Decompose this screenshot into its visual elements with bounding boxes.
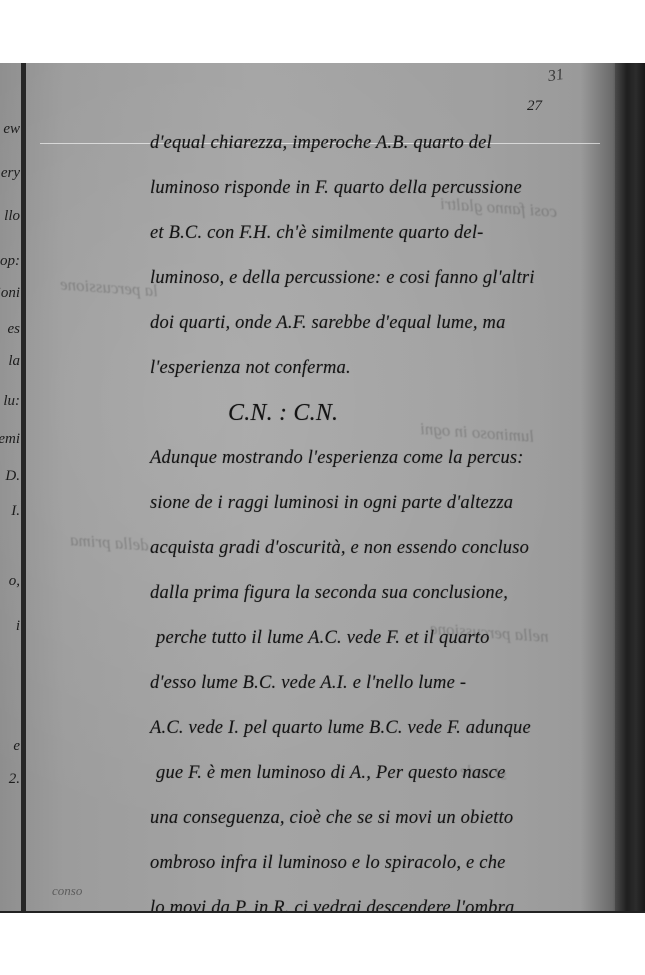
margin-fragment: lu: [3,393,20,410]
folio-number: 31 [547,66,565,86]
margin-fragment: ery [1,165,20,182]
text-line: una conseguenza, cioè che se si movi un … [150,796,605,841]
margin-fragment: e [13,738,20,755]
text-line: A.C. vede I. pel quarto lume B.C. vede F… [150,706,605,751]
margin-fragment: es [8,321,21,338]
margin-fragment: D. [5,468,20,485]
margin-fragment: la [8,353,20,370]
text-line: et B.C. con F.H. ch'è similmente quarto … [150,211,605,256]
text-line: ombroso infra il luminoso e lo spiracolo… [150,841,605,886]
text-line: Adunque mostrando l'esperienza come la p… [150,436,605,481]
margin-fragment: op: [0,253,20,270]
book-binding-shadow [615,63,645,911]
text-line: perche tutto il lume A.C. vede F. et il … [150,616,605,661]
text-line: sione de i raggi luminosi in ogni parte … [150,481,605,526]
bleed-through: la percussione [59,275,158,302]
margin-fragment: 2. [9,771,20,788]
gutter-line [21,63,26,911]
margin-fragment: i [16,618,20,635]
section-mark: C.N. : C.N. [150,391,605,436]
margin-fragment: llo [4,208,20,225]
margin-fragment: ew [3,121,20,138]
page-number: 27 [527,98,542,115]
text-line: d'esso lume B.C. vede A.I. e l'nello lum… [150,661,605,706]
margin-fragment: ioni [0,285,20,302]
bottom-margin-note: conso [52,883,82,899]
margin-fragment: emi [0,431,20,448]
text-line: lo movi da P. in R. ci vedrai descendere… [150,886,605,913]
text-line: acquista gradi d'oscurità, e non essendo… [150,526,605,571]
margin-fragment: o, [9,573,20,590]
margin-fragment: I. [11,503,20,520]
facing-page-margin: ew ery llo op: ioni es la lu: emi D. I. … [0,63,21,911]
manuscript-text: d'equal chiarezza, imperoche A.B. quarto… [150,121,605,913]
text-line: luminoso risponde in F. quarto della per… [150,166,605,211]
text-line: doi quarti, onde A.F. sarebbe d'equal lu… [150,301,605,346]
bleed-through: della prima [69,530,149,555]
text-line: gue F. è men luminoso di A., Per questo … [150,751,605,796]
text-line: d'equal chiarezza, imperoche A.B. quarto… [150,121,605,166]
manuscript-scan: ew ery llo op: ioni es la lu: emi D. I. … [0,63,645,913]
text-line: luminoso, e della percussione: e cosi fa… [150,256,605,301]
text-line: dalla prima figura la seconda sua conclu… [150,571,605,616]
text-line: l'esperienza not conferma. [150,346,605,391]
